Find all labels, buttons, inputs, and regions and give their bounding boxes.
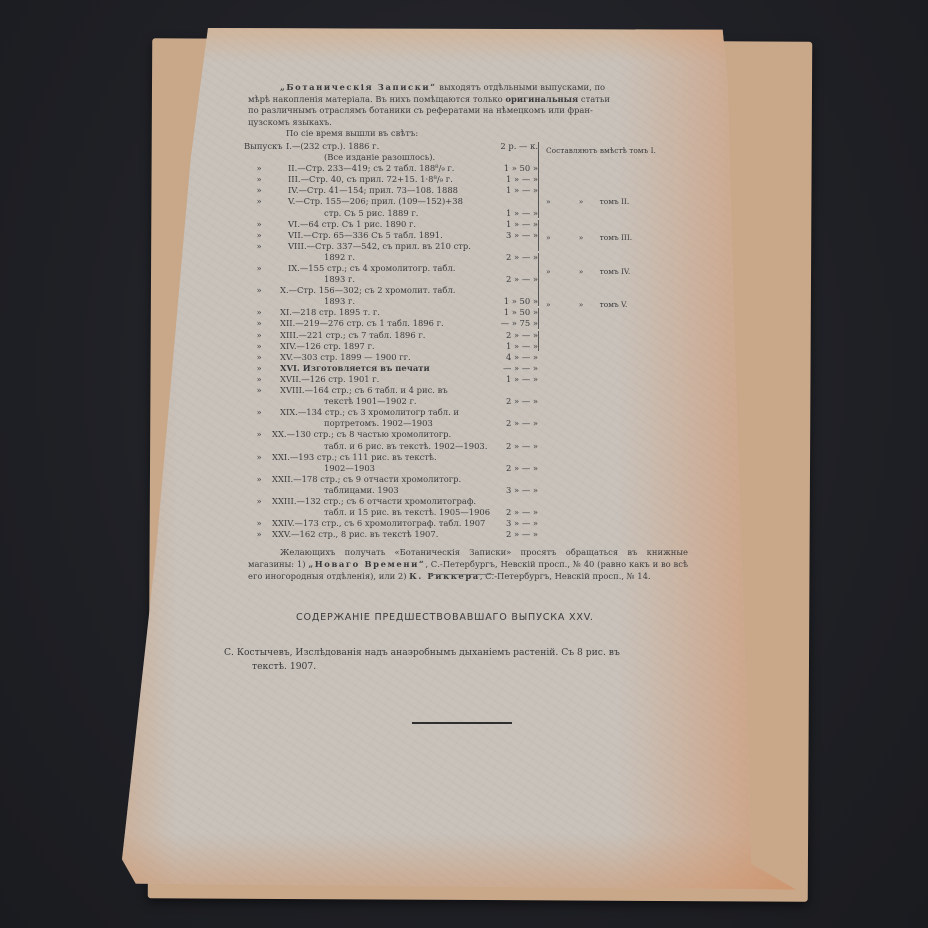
- issue-lead: »: [248, 529, 270, 541]
- contents-entry: С. Костычевъ, Изслѣдованія надъ анаэробн…: [224, 646, 694, 674]
- issue-lead: »: [248, 429, 270, 441]
- issue-lead: »: [248, 185, 270, 197]
- issue-price: 3 » — »: [478, 230, 538, 242]
- issue-price: 1 » 50 »: [478, 307, 538, 319]
- issue-lead: »: [248, 352, 270, 364]
- issue-lead: »: [248, 474, 270, 486]
- issue-price: 1 » — »: [478, 219, 538, 231]
- volume-brace: [538, 253, 545, 307]
- issue-lead: »: [248, 518, 270, 530]
- issue-lead: »: [248, 241, 270, 253]
- issue-text: XV.—303 стр. 1899 — 1900 гг.: [280, 352, 411, 364]
- intro-text: по различнымъ отраслямъ ботаники съ рефе…: [248, 105, 688, 117]
- issue-lead: »: [248, 452, 270, 464]
- issue-lead: »: [248, 363, 270, 375]
- issue-price: 3 » — »: [478, 518, 538, 530]
- issue-row: »XX.—130 стр.; съ 8 частью хромолитогр.: [248, 429, 688, 440]
- issue-text: VII.—Стр. 65—336 Съ 5 табл. 1891.: [288, 230, 443, 242]
- issue-lead: »: [248, 330, 270, 342]
- contents-title: Изслѣдованія надъ анаэробнымъ дыханіемъ …: [293, 647, 620, 658]
- issue-text: XI.—218 стр. 1895 т. г.: [280, 307, 380, 319]
- volume-label: » » томъ II.: [546, 196, 696, 208]
- issue-list: ВыпускъI.—(232 стр.). 1886 г.2 р. — к.(В…: [248, 141, 688, 540]
- issue-lead: »: [248, 196, 270, 208]
- volume-label: » » томъ V.: [546, 299, 696, 311]
- issue-row: »XIV.—126 стр. 1897 г.1 » — »: [248, 341, 688, 352]
- contents-title-cont: текстѣ. 1907.: [224, 660, 694, 674]
- issue-row: табл. и 6 рис. въ текстѣ. 1902—1903.2 » …: [248, 441, 688, 452]
- issue-text: XVII.—126 стр. 1901 г.: [280, 374, 379, 386]
- volume-label: Составляютъ вмѣстѣ томъ I.: [546, 145, 696, 157]
- issue-row: портретомъ. 1902—19032 » — »: [248, 418, 688, 429]
- issue-price: 1 » — »: [478, 185, 538, 197]
- issue-row: »XV.—303 стр. 1899 — 1900 гг.4 » — »: [248, 352, 688, 363]
- intro-text: статьи: [578, 94, 610, 104]
- published-heading: По сіе время вышли въ свѣтъ:: [286, 128, 688, 140]
- issue-text: XIX.—134 стр.; съ 3 хромолитогр табл. и: [280, 407, 459, 419]
- issue-text: V.—Стр. 155—206; прил. (109—152)+38: [288, 196, 463, 208]
- document-body: „Ботаническія Записки“ выходятъ отдѣльны…: [248, 82, 688, 582]
- issue-row: табл. и 15 рис. въ текстѣ. 1905—19062 » …: [248, 507, 688, 518]
- issue-row: »XXI.—193 стр.; съ 111 рис. въ текстѣ.: [248, 452, 688, 463]
- issue-text: II.—Стр. 233—419; съ 2 табл. 188⁸/₉ г.: [288, 163, 454, 175]
- intro-text: выходятъ отдѣльными выпусками, по: [437, 82, 606, 92]
- issue-row: 1902—19032 » — »: [248, 463, 688, 474]
- issue-text: XXIII.—132 стр.; съ 6 отчасти хромолитог…: [272, 496, 476, 508]
- issue-text: стр. Съ 5 рис. 1889 г.: [324, 208, 418, 220]
- issue-row: »XXV.—162 стр., 8 рис. въ текстѣ 1907.2 …: [248, 529, 688, 540]
- issue-row: »XVII.—126 стр. 1901 г.1 » — »: [248, 374, 688, 385]
- volume-label: » » томъ III.: [546, 232, 696, 244]
- issue-price: 4 » — »: [478, 352, 538, 364]
- issue-text: X.—Стр. 156—302; съ 2 хромолит. табл.: [280, 285, 455, 297]
- issue-price: 2 р. — к.: [478, 141, 538, 153]
- issue-text: IV.—Стр. 41—154; прил. 73—108. 1888: [288, 185, 458, 197]
- contents-author: С. Костычевъ,: [224, 647, 293, 658]
- issue-text: III.—Стр. 40, съ прил. 72+15. 1·8⁸/₉ г.: [288, 174, 453, 186]
- issue-price: 2 » — »: [478, 396, 538, 408]
- intro-text: мѣрѣ накопленія матеріала. Въ нихъ помѣщ…: [248, 94, 505, 104]
- volume-brace: [538, 220, 545, 251]
- issue-lead: »: [248, 285, 270, 297]
- intro-paragraph: „Ботаническія Записки“ выходятъ отдѣльны…: [248, 82, 688, 140]
- ordering-info: Желающихъ получать «Ботаническія Записки…: [248, 547, 688, 582]
- issue-text: табл. и 6 рис. въ текстѣ. 1902—1903.: [324, 441, 487, 453]
- issue-text: XVIII.—164 стр.; съ 6 табл. и 4 рис. въ: [280, 385, 448, 397]
- issue-price: 1 » — »: [478, 208, 538, 220]
- issue-text: I.—(232 стр.). 1886 г.: [286, 141, 379, 153]
- issue-lead: »: [248, 163, 270, 175]
- issue-row: текстѣ 1901—1902 г.2 » — »: [248, 396, 688, 407]
- issue-text: портретомъ. 1902—1903: [324, 418, 433, 430]
- issue-price: 2 » — »: [478, 252, 538, 264]
- volume-brace: [538, 142, 545, 218]
- issue-text: XIII.—221 стр.; съ 7 табл. 1896 г.: [280, 330, 425, 342]
- bookseller-1: „Новаго Времени“: [308, 559, 425, 569]
- issue-row: »VI.—64 стр. Съ 1 рис. 1890 г.1 » — »: [248, 219, 688, 230]
- journal-title: „Ботаническія Записки“: [280, 82, 437, 92]
- issue-text: VI.—64 стр. Съ 1 рис. 1890 г.: [288, 219, 416, 231]
- issue-text: XX.—130 стр.; съ 8 частью хромолитогр.: [272, 429, 451, 441]
- issue-price: 2 » — »: [478, 274, 538, 286]
- issue-row: »XIX.—134 стр.; съ 3 хромолитогр табл. и: [248, 407, 688, 418]
- issue-lead: »: [248, 263, 270, 275]
- issue-text: 1893 г.: [324, 296, 355, 308]
- issue-row: стр. Съ 5 рис. 1889 г.1 » — »: [248, 208, 688, 219]
- issue-text: XXI.—193 стр.; съ 111 рис. въ текстѣ.: [272, 452, 437, 464]
- issue-text: 1902—1903: [324, 463, 375, 475]
- issue-row: »XXII.—178 стр.; съ 9 отчасти хромолитог…: [248, 474, 688, 485]
- issue-lead: »: [248, 341, 270, 353]
- issue-price: 3 » — »: [478, 485, 538, 497]
- volume-label: » » томъ IV.: [546, 266, 696, 278]
- volume-brace: [538, 308, 545, 328]
- issue-text: XXIV.—173 стр., съ 6 хромолитограф. табл…: [272, 518, 485, 530]
- issue-price: — » 75 »: [478, 318, 538, 330]
- issue-row: 1892 г.2 » — »: [248, 252, 688, 263]
- divider-short: [430, 574, 494, 575]
- issue-text: текстѣ 1901—1902 г.: [324, 396, 417, 408]
- issue-text: XII.—219—276 стр. съ 1 табл. 1896 г.: [280, 318, 444, 330]
- issue-row: »XVI. Изготовляется въ печати— » — »: [248, 363, 688, 374]
- issue-text: XXII.—178 стр.; съ 9 отчасти хромолитогр…: [272, 474, 461, 486]
- issue-row: »IV.—Стр. 41—154; прил. 73—108. 18881 » …: [248, 185, 688, 196]
- orders-text: , С.-Петербургъ, Невскій просп., № 14.: [480, 571, 651, 581]
- issue-text: VIII.—Стр. 337—542, съ прил. въ 210 стр.: [288, 241, 471, 253]
- issue-price: 2 » — »: [478, 330, 538, 342]
- issue-text: 1892 г.: [324, 252, 355, 264]
- issue-text: таблицами. 1903: [324, 485, 399, 497]
- issue-price: 1 » — »: [478, 341, 538, 353]
- issue-price: — » — »: [478, 363, 538, 375]
- issue-price: 2 » — »: [478, 463, 538, 475]
- intro-emphasis: оригинальныя: [505, 94, 578, 104]
- bookseller-2: К. Риккера: [409, 571, 480, 581]
- issue-row: »XXIV.—173 стр., съ 6 хромолитограф. таб…: [248, 518, 688, 529]
- issue-row: таблицами. 19033 » — »: [248, 485, 688, 496]
- issue-lead: »: [248, 174, 270, 186]
- issue-text: (Все изданіе разошлось).: [324, 152, 435, 164]
- issue-price: 1 » 50 »: [478, 296, 538, 308]
- divider-end: [412, 722, 512, 724]
- issue-row: »XII.—219—276 стр. съ 1 табл. 1896 г.— »…: [248, 318, 688, 329]
- issue-lead: »: [248, 230, 270, 242]
- issue-lead: »: [248, 219, 270, 231]
- issue-row: »X.—Стр. 156—302; съ 2 хромолит. табл.: [248, 285, 688, 296]
- issue-price: 1 » — »: [478, 374, 538, 386]
- issue-price: 2 » — »: [478, 441, 538, 453]
- issue-lead: »: [248, 307, 270, 319]
- issue-lead: »: [248, 496, 270, 508]
- volume-brace: [538, 331, 545, 351]
- issue-row: »III.—Стр. 40, съ прил. 72+15. 1·8⁸/₉ г.…: [248, 174, 688, 185]
- issue-lead: Выпускъ: [244, 141, 284, 153]
- issue-text: XXV.—162 стр., 8 рис. въ текстѣ 1907.: [272, 529, 438, 541]
- issue-lead: »: [248, 385, 270, 397]
- intro-text: цузскомъ языкахъ.: [248, 117, 688, 129]
- contents-heading: СОДЕРЖАНІЕ ПРЕДШЕСТВОВАВШАГО ВЫПУСКА XXV…: [296, 612, 716, 624]
- issue-price: 2 » — »: [478, 529, 538, 541]
- issue-row: »XIII.—221 стр.; съ 7 табл. 1896 г.2 » —…: [248, 330, 688, 341]
- issue-price: 1 » 50 »: [478, 163, 538, 175]
- issue-price: 1 » — »: [478, 174, 538, 186]
- issue-text: IX.—155 стр.; съ 4 хромолитогр. табл.: [288, 263, 455, 275]
- issue-row: »XVIII.—164 стр.; съ 6 табл. и 4 рис. въ: [248, 385, 688, 396]
- issue-price: 2 » — »: [478, 418, 538, 430]
- issue-lead: »: [248, 374, 270, 386]
- issue-text: XIV.—126 стр. 1897 г.: [280, 341, 375, 353]
- issue-text: табл. и 15 рис. въ текстѣ. 1905—1906: [324, 507, 490, 519]
- issue-lead: »: [248, 318, 270, 330]
- issue-lead: »: [248, 407, 270, 419]
- issue-row: »XXIII.—132 стр.; съ 6 отчасти хромолито…: [248, 496, 688, 507]
- issue-row: »II.—Стр. 233—419; съ 2 табл. 188⁸/₉ г.1…: [248, 163, 688, 174]
- issue-text: XVI. Изготовляется въ печати: [280, 363, 430, 375]
- issue-price: 2 » — »: [478, 507, 538, 519]
- issue-text: 1893 г.: [324, 274, 355, 286]
